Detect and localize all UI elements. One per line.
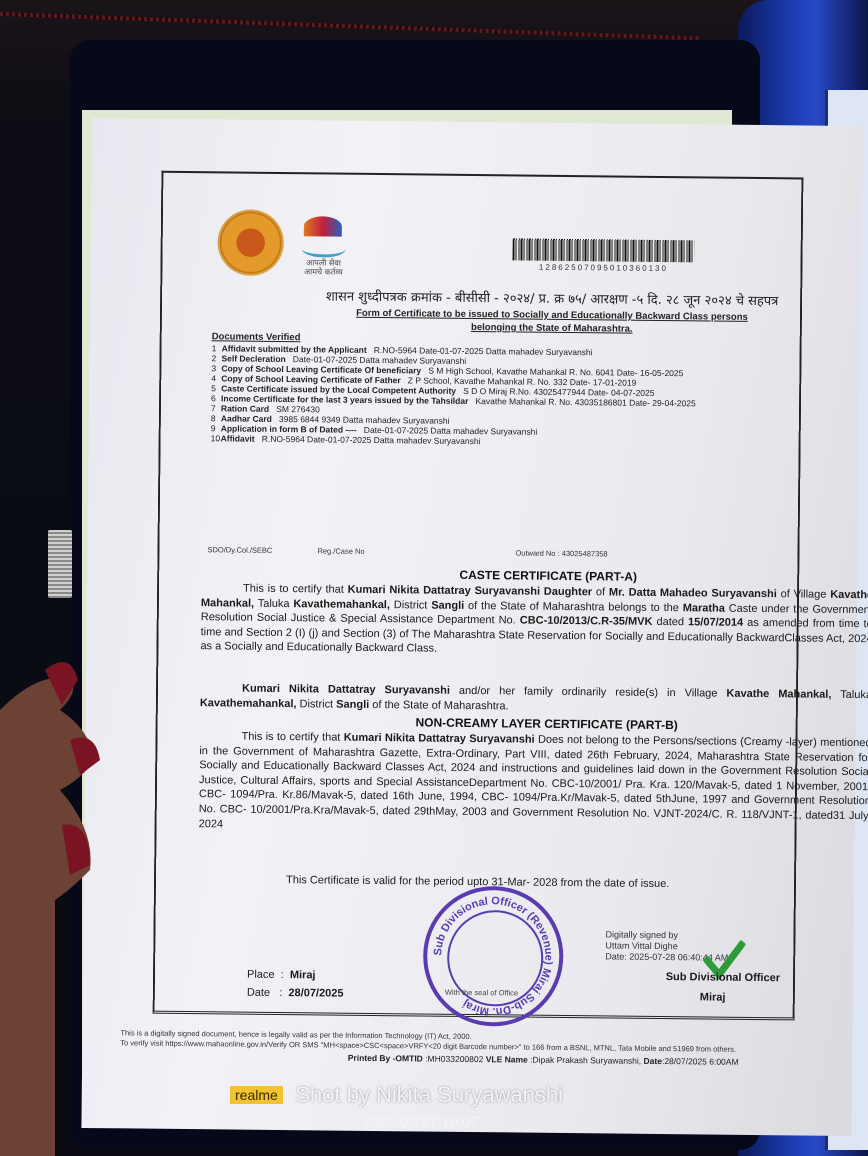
camera-watermark: realme Shot by Nikita Suryawanshi (230, 1082, 563, 1108)
photo-datetime: 2025/09/27 10:07 (362, 1114, 479, 1131)
hand (0, 650, 100, 1156)
taluka: Kavathemahankal, (293, 598, 390, 611)
folder-handle (48, 530, 72, 598)
barcode (513, 238, 695, 262)
date-value: 28/07/2025 (288, 987, 343, 1000)
reference-row: SDO/Dy.Col./SEBC Reg./Case No Outward No… (208, 545, 808, 551)
documents-list: 1Affidavit submitted by the Applicant R.… (211, 343, 682, 448)
part-a-paragraph-2: Kumari Nikita Dattatray Suryavanshi and/… (200, 681, 868, 717)
maharashtra-emblem-icon (217, 209, 284, 276)
stamp-text-ring: Sub Divisional Officer (Revenue) Miraj S… (427, 890, 560, 1023)
district: Sangli (431, 599, 464, 611)
signatory-place: Miraj (700, 991, 726, 1003)
gr-number: CBC-10/2013/C.R-35/MVK (520, 615, 653, 628)
part-a-paragraph-1: This is to certify that Kumari Nikita Da… (200, 581, 868, 661)
official-stamp: Sub Divisional Officer (Revenue) Miraj S… (423, 886, 564, 1027)
logo-arc-icon (304, 216, 342, 236)
certificate-paper: आपली सेवाआमचे कर्तव्य 128625070950103601… (81, 118, 862, 1136)
shot-by-text: Shot by Nikita Suryawanshi (295, 1082, 563, 1108)
applicant-name: Kumari Nikita Dattatray Suryavanshi Daug… (348, 584, 593, 599)
signatory-title: Sub Divisional Officer (645, 971, 780, 984)
certificate-frame: आपली सेवाआमचे कर्तव्य 128625070950103601… (153, 171, 804, 1021)
place-value: Miraj (290, 969, 316, 981)
documents-heading: Documents Verified (212, 331, 301, 343)
form-title: Form of Certificate to be issued to Soci… (252, 306, 852, 338)
gr-date: 15/07/2014 (688, 616, 743, 629)
logo-text-1: आपली सेवा (306, 258, 341, 267)
aapli-seva-logo: आपली सेवाआमचे कर्तव्य (297, 214, 350, 285)
logo-text-2: आमचे कर्तव्य (304, 267, 343, 276)
barcode-number: 12862507095010360130 (512, 262, 694, 273)
father-name: Mr. Datta Mahadeo Suryavanshi (609, 586, 777, 600)
office-ref: SDO/Dy.Col./SEBC (207, 545, 272, 555)
place-date-block: Place : Miraj Date : 28/07/2025 (247, 966, 344, 1003)
svg-text:Sub Divisional Officer (Revenu: Sub Divisional Officer (Revenue) Miraj S… (432, 895, 555, 1018)
part-b-paragraph: This is to certify that Kumari Nikita Da… (199, 729, 868, 838)
outward-no: Outward No : 43025487358 (515, 548, 607, 558)
camera-brand: realme (230, 1086, 283, 1104)
logo-hand-icon (302, 240, 346, 257)
seal-caption: With the seal of Office (445, 988, 518, 998)
caste: Maratha (683, 602, 725, 614)
case-no-label: Reg./Case No (317, 546, 364, 555)
